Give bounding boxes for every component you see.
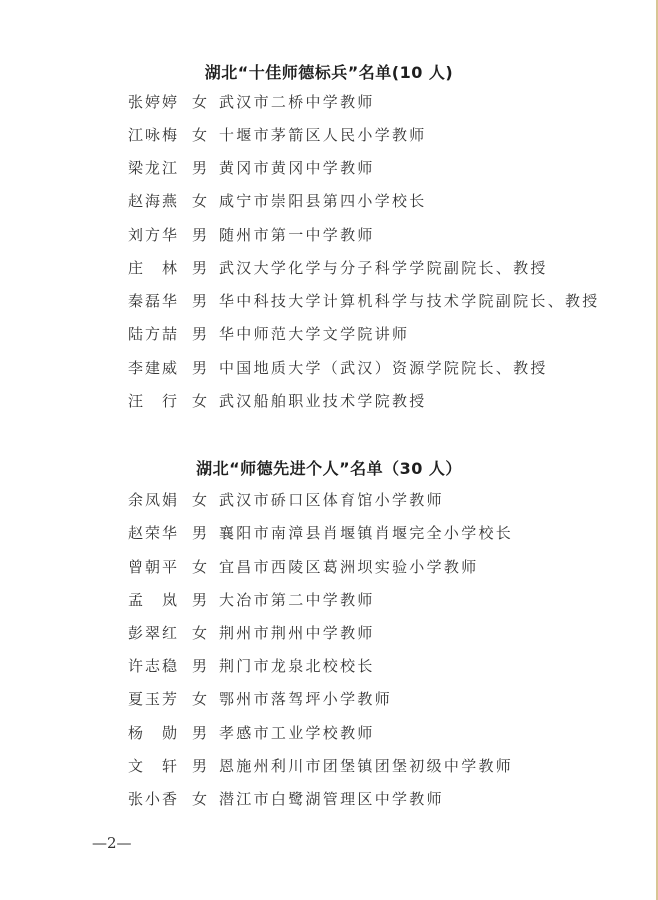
person-name: 汪 行 <box>128 390 184 411</box>
person-name: 文 轩 <box>128 755 184 776</box>
person-position: 大冶市第二中学教师 <box>219 589 375 610</box>
person-name: 张小香 <box>128 788 184 809</box>
person-name: 赵荣华 <box>128 522 184 543</box>
person-name: 江咏梅 <box>128 124 184 145</box>
person-name: 陆方喆 <box>128 323 184 344</box>
person-gender: 女 <box>192 688 207 709</box>
person-gender: 女 <box>192 556 207 577</box>
person-name: 许志稳 <box>128 655 184 676</box>
person-position: 武汉船舶职业技术学院教授 <box>219 390 427 411</box>
person-name: 彭翠红 <box>128 622 184 643</box>
person-gender: 男 <box>192 755 207 776</box>
person-position: 宜昌市西陵区葛洲坝实验小学教师 <box>219 556 479 577</box>
person-position: 襄阳市南漳县肖堰镇肖堰完全小学校长 <box>219 522 513 543</box>
person-gender: 男 <box>192 257 207 278</box>
person-name: 秦磊华 <box>128 290 184 311</box>
person-gender: 女 <box>192 489 207 510</box>
person-position: 中国地质大学（武汉）资源学院院长、教授 <box>219 357 548 378</box>
person-position: 武汉市二桥中学教师 <box>219 91 375 112</box>
person-name: 孟 岚 <box>128 589 184 610</box>
person-position: 潜江市白鹭湖管理区中学教师 <box>219 788 444 809</box>
person-gender: 男 <box>192 357 207 378</box>
person-position: 恩施州利川市团堡镇团堡初级中学教师 <box>219 755 513 776</box>
person-name: 余凤娟 <box>128 489 184 510</box>
person-gender: 男 <box>192 157 207 178</box>
section-title-advanced-individuals: 湖北“师德先进个人”名单（30 人） <box>0 456 658 479</box>
person-position: 咸宁市崇阳县第四小学校长 <box>219 190 427 211</box>
person-position: 鄂州市落驾坪小学教师 <box>219 688 392 709</box>
person-position: 黄冈市黄冈中学教师 <box>219 157 375 178</box>
page-number: —2— <box>92 834 132 852</box>
person-gender: 男 <box>192 290 207 311</box>
person-gender: 男 <box>192 224 207 245</box>
person-position: 华中师范大学文学院讲师 <box>219 323 409 344</box>
person-position: 荆州市荆州中学教师 <box>219 622 375 643</box>
person-gender: 女 <box>192 788 207 809</box>
person-gender: 男 <box>192 522 207 543</box>
person-name: 杨 勋 <box>128 722 184 743</box>
person-position: 孝感市工业学校教师 <box>219 722 375 743</box>
person-name: 曾朝平 <box>128 556 184 577</box>
person-gender: 男 <box>192 722 207 743</box>
person-gender: 女 <box>192 190 207 211</box>
person-gender: 女 <box>192 622 207 643</box>
person-gender: 女 <box>192 124 207 145</box>
person-position: 华中科技大学计算机科学与技术学院副院长、教授 <box>219 290 600 311</box>
person-gender: 男 <box>192 655 207 676</box>
person-name: 庄 林 <box>128 257 184 278</box>
person-position: 武汉市硚口区体育馆小学教师 <box>219 489 444 510</box>
person-gender: 男 <box>192 323 207 344</box>
person-name: 李建威 <box>128 357 184 378</box>
person-gender: 女 <box>192 91 207 112</box>
person-name: 赵海燕 <box>128 190 184 211</box>
person-position: 十堰市茅箭区人民小学教师 <box>219 124 427 145</box>
person-position: 随州市第一中学教师 <box>219 224 375 245</box>
person-name: 张婷婷 <box>128 91 184 112</box>
section-title-top-ten: 湖北“十佳师德标兵”名单(10 人) <box>0 60 658 83</box>
person-name: 刘方华 <box>128 224 184 245</box>
person-position: 荆门市龙泉北校校长 <box>219 655 375 676</box>
person-name: 夏玉芳 <box>128 688 184 709</box>
person-name: 梁龙江 <box>128 157 184 178</box>
person-position: 武汉大学化学与分子科学学院副院长、教授 <box>219 257 548 278</box>
person-gender: 女 <box>192 390 207 411</box>
person-gender: 男 <box>192 589 207 610</box>
